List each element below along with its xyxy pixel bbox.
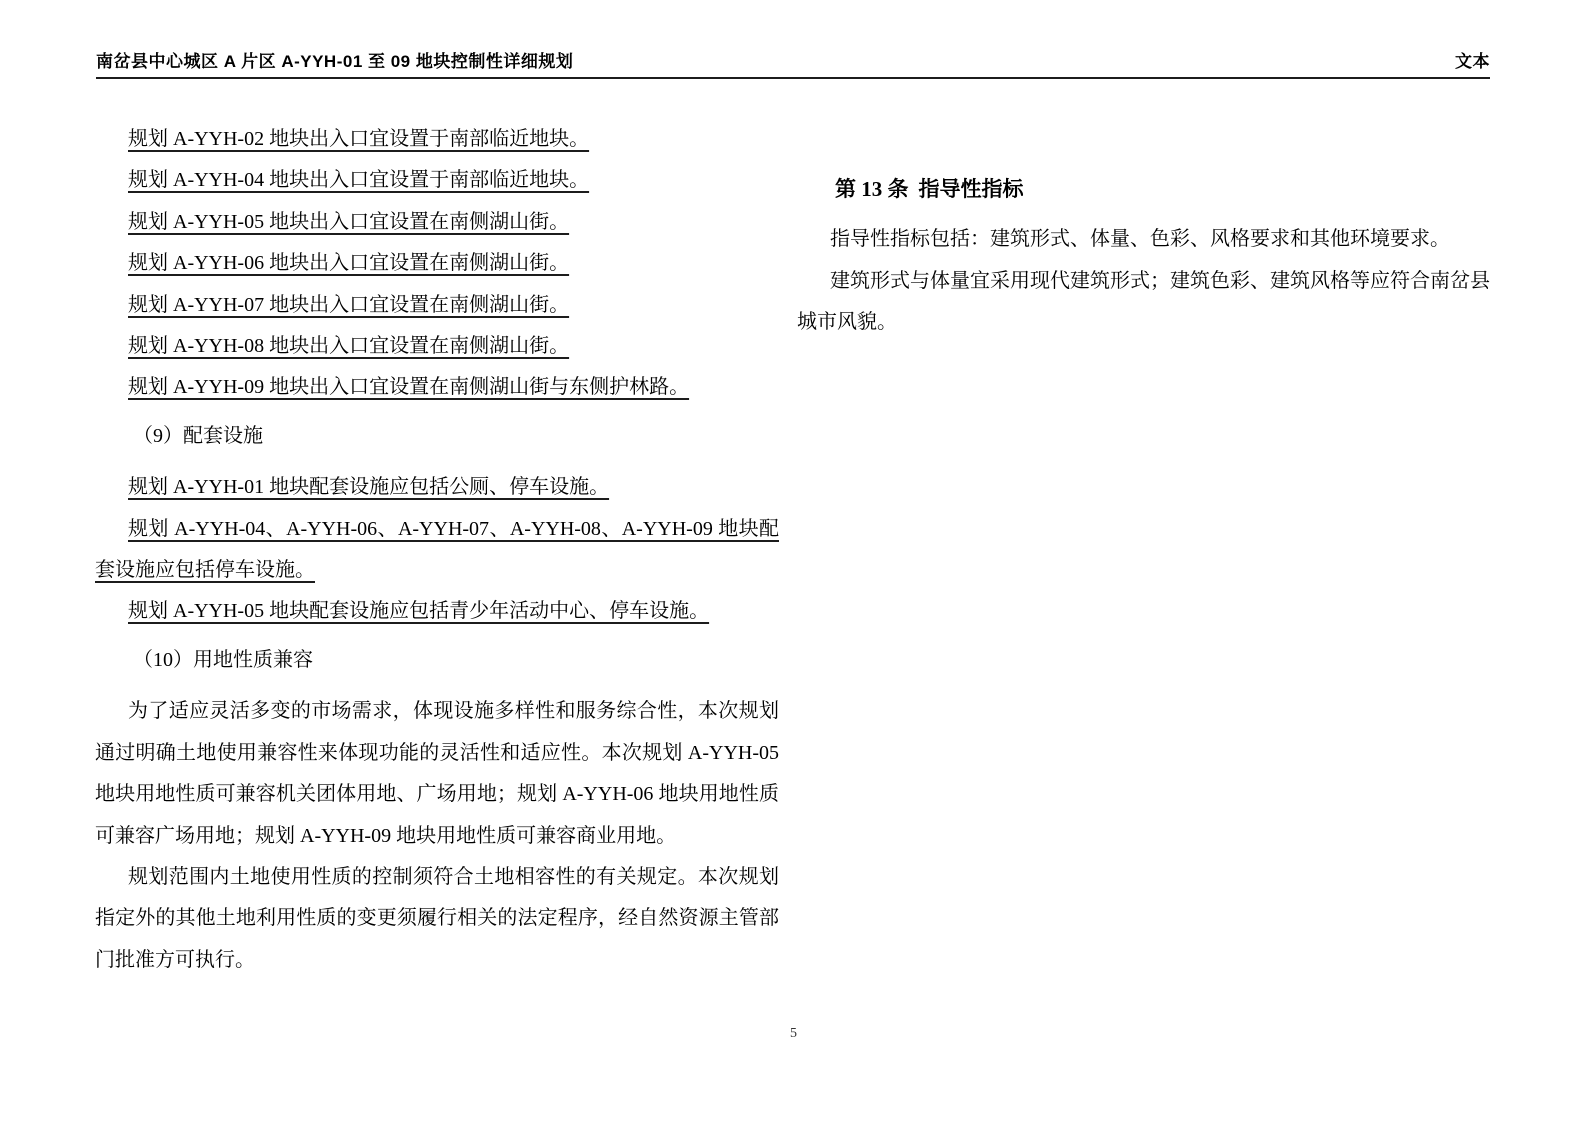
article-number: 第 13 条: [835, 177, 909, 201]
section-10-heading: （10）用地性质兼容: [95, 640, 779, 681]
article-13-heading: 第 13 条指导性指标: [797, 169, 1490, 210]
access-entry: 规划 A-YYH-09 地块出入口宜设置在南侧湖山街与东侧护林路。: [95, 367, 779, 408]
section-9-heading: （9）配套设施: [95, 416, 779, 457]
page-header: 南岔县中心城区 A 片区 A-YYH-01 至 09 地块控制性详细规划 文本: [96, 52, 1490, 79]
access-entry: 规划 A-YYH-04 地块出入口宜设置于南部临近地块。: [95, 160, 779, 201]
access-entry: 规划 A-YYH-06 地块出入口宜设置在南侧湖山街。: [95, 243, 779, 284]
facility-item: 规划 A-YYH-01 地块配套设施应包括公厕、停车设施。: [95, 467, 779, 508]
facility-item: 规划 A-YYH-05 地块配套设施应包括青少年活动中心、停车设施。: [95, 591, 779, 632]
header-doc-type: 文本: [1455, 52, 1490, 72]
article-title: 指导性指标: [919, 177, 1024, 201]
body-paragraph: 指导性指标包括：建筑形式、体量、色彩、风格要求和其他环境要求。: [797, 219, 1490, 260]
body-paragraph: 为了适应灵活多变的市场需求，体现设施多样性和服务综合性，本次规划通过明确土地使用…: [95, 691, 779, 857]
right-column: 第 13 条指导性指标 指导性指标包括：建筑形式、体量、色彩、风格要求和其他环境…: [797, 169, 1490, 344]
header-title: 南岔县中心城区 A 片区 A-YYH-01 至 09 地块控制性详细规划: [96, 52, 573, 72]
access-entry: 规划 A-YYH-08 地块出入口宜设置在南侧湖山街。: [95, 326, 779, 367]
page-number: 5: [790, 1026, 797, 1041]
page-footer: 5: [0, 1026, 1587, 1042]
body-paragraph: 建筑形式与体量宜采用现代建筑形式；建筑色彩、建筑风格等应符合南岔县城市风貌。: [797, 261, 1490, 344]
left-column: 规划 A-YYH-02 地块出入口宜设置于南部临近地块。 规划 A-YYH-04…: [95, 119, 779, 981]
access-entry: 规划 A-YYH-07 地块出入口宜设置在南侧湖山街。: [95, 285, 779, 326]
access-entry: 规划 A-YYH-05 地块出入口宜设置在南侧湖山街。: [95, 202, 779, 243]
facility-item: 规划 A-YYH-04、A-YYH-06、A-YYH-07、A-YYH-08、A…: [95, 509, 779, 592]
body-paragraph: 规划范围内土地使用性质的控制须符合土地相容性的有关规定。本次规划指定外的其他土地…: [95, 857, 779, 981]
access-entry: 规划 A-YYH-02 地块出入口宜设置于南部临近地块。: [95, 119, 779, 160]
document-page: 南岔县中心城区 A 片区 A-YYH-01 至 09 地块控制性详细规划 文本 …: [0, 0, 1587, 1122]
